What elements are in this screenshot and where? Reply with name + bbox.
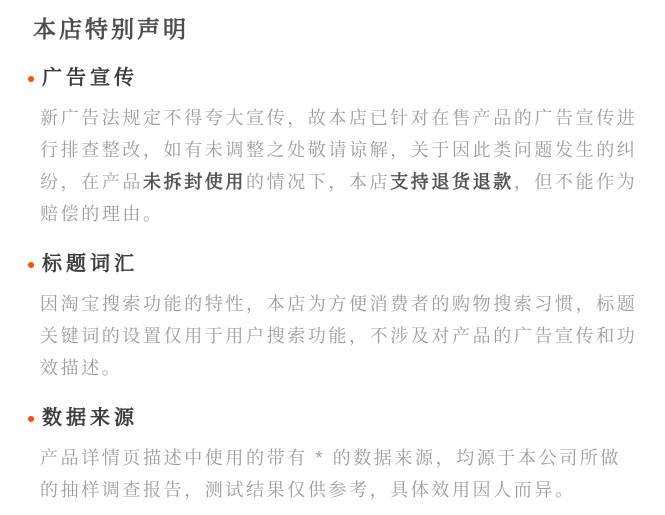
paragraph-segment: 产品详情页描述中使用的带有 * 的数据来源，均源于本公司所做的抽样调查报告，测试… [40,448,621,500]
page-title: 本店特别声明 [33,14,638,44]
statement-sections: 广告宣传 新广告法规定不得夸大宣传，故本店已针对在售产品的广告宣传进行排查整改，… [40,66,638,506]
bullet-dot-icon [28,262,34,268]
paragraph-segment: 因淘宝搜索功能的特性，本店为方便消费者的购物搜索习惯，标题关键词的设置仅用于用户… [40,294,637,378]
statement-section: 标题词汇 因淘宝搜索功能的特性，本店为方便消费者的购物搜索习惯，标题关键词的设置… [40,252,638,384]
section-heading-row: 标题词汇 [28,252,638,276]
section-paragraph: 因淘宝搜索功能的特性，本店为方便消费者的购物搜索习惯，标题关键词的设置仅用于用户… [40,288,640,384]
section-heading: 广告宣传 [42,66,138,90]
section-heading: 数据来源 [42,406,138,430]
paragraph-bold-segment: 支持退货退款 [390,172,514,192]
paragraph-bold-segment: 未拆封使用 [143,172,246,192]
bullet-dot-icon [28,76,34,82]
section-paragraph: 产品详情页描述中使用的带有 * 的数据来源，均源于本公司所做的抽样调查报告，测试… [40,442,640,506]
section-heading-row: 数据来源 [28,406,638,430]
section-heading-row: 广告宣传 [28,66,638,90]
statement-section: 数据来源 产品详情页描述中使用的带有 * 的数据来源，均源于本公司所做的抽样调查… [40,406,638,506]
bullet-dot-icon [28,416,34,422]
paragraph-segment: 的情况下，本店 [246,172,390,192]
section-paragraph: 新广告法规定不得夸大宣传，故本店已针对在售产品的广告宣传进行排查整改，如有未调整… [40,102,640,230]
store-statement-page: 本店特别声明 广告宣传 新广告法规定不得夸大宣传，故本店已针对在售产品的广告宣传… [0,0,665,515]
section-heading: 标题词汇 [42,252,138,276]
statement-section: 广告宣传 新广告法规定不得夸大宣传，故本店已针对在售产品的广告宣传进行排查整改，… [40,66,638,230]
